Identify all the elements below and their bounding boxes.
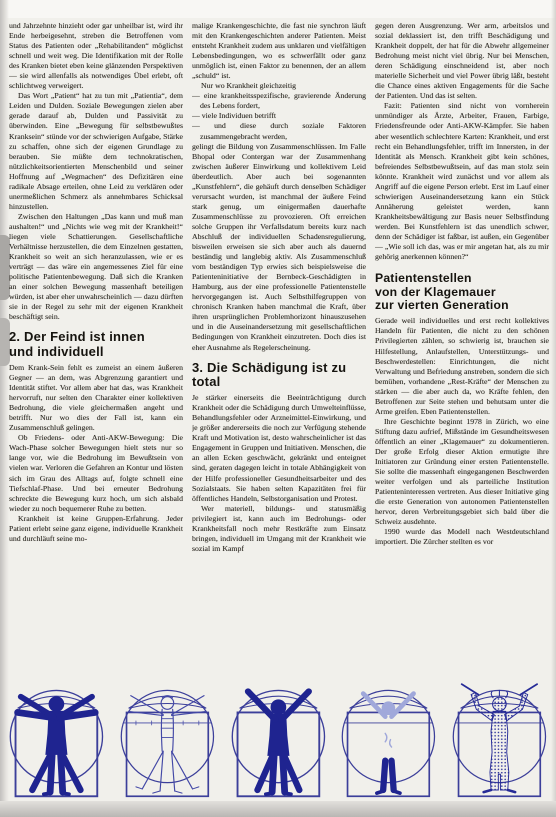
scan-top-margin: [0, 0, 556, 18]
paragraph: und Jahrzehnte hinzieht oder gar unheilb…: [9, 21, 183, 91]
text-column-3: gegen deren Ausgrenzung. Wer arm, arbeit…: [375, 21, 549, 677]
vitruvian-man-patterned-icon: [447, 681, 552, 802]
paragraph: Nur wo Krankheit gleichzeitig: [192, 81, 366, 91]
paragraph: Gerade weil individuelles und erst recht…: [375, 316, 549, 416]
list-item: — und diese durch soziale Faktoren zusam…: [192, 121, 366, 141]
section-heading-schaedigung-total: 3. Die Schädigung ist zu total: [192, 361, 366, 390]
paragraph: Krankheit ist keine Gruppen-Erfahrung. J…: [9, 514, 183, 544]
vitruvian-man-fading-icon: [336, 681, 441, 802]
text-column-1: und Jahrzehnte hinzieht oder gar unheilb…: [9, 21, 183, 677]
section-heading-patientenstellen: Patientenstellen von der Klagemauer zur …: [375, 272, 549, 312]
paragraph: Ihre Geschichte beginnt 1978 in Zürich, …: [375, 417, 549, 528]
vitruvian-man-outline-icon: [115, 681, 220, 802]
list-item: — viele Individuen betrifft: [192, 111, 366, 121]
magazine-page: und Jahrzehnte hinzieht oder gar unheilb…: [0, 0, 556, 817]
paragraph: Wer materiell, bildungs- und statusmäßig…: [192, 504, 366, 554]
paragraph: Ob Friedens- oder Anti-AKW-Bewegung: Die…: [9, 433, 183, 513]
section-heading-feind-innen: 2. Der Feind ist innen und individuell: [9, 330, 183, 359]
vitruvian-man-arms-raised-icon: [226, 681, 331, 802]
paragraph: malige Krankengeschichte, die fast nie s…: [192, 21, 366, 81]
paragraph: Fazit: Patienten sind nicht von vornhere…: [375, 101, 549, 262]
paragraph: 1990 wurde das Modell nach Westdeutschla…: [375, 527, 549, 547]
paragraph: Je stärker einerseits die Beeinträchtigu…: [192, 393, 366, 504]
scan-bottom-margin: [0, 801, 556, 817]
vitruvian-figure-row: [4, 680, 552, 802]
paragraph: Das Wort „Patient“ hat zu tun mit „Patie…: [9, 91, 183, 212]
paragraph: Zwischen den Haltungen „Das kann und muß…: [9, 212, 183, 323]
paragraph: gegen deren Ausgrenzung. Wer arm, arbeit…: [375, 21, 549, 101]
text-column-2: malige Krankengeschichte, die fast nie s…: [192, 21, 366, 677]
list-item: — eine krankheitsspezifische, gravierend…: [192, 91, 366, 111]
article-text: und Jahrzehnte hinzieht oder gar unheilb…: [9, 21, 549, 677]
paragraph: gelingt die Bildung von Zusammenschlüsse…: [192, 142, 366, 353]
paragraph: Dem Krank-Sein fehlt es zumeist an einem…: [9, 363, 183, 433]
vitruvian-man-solid-icon: [4, 681, 109, 802]
